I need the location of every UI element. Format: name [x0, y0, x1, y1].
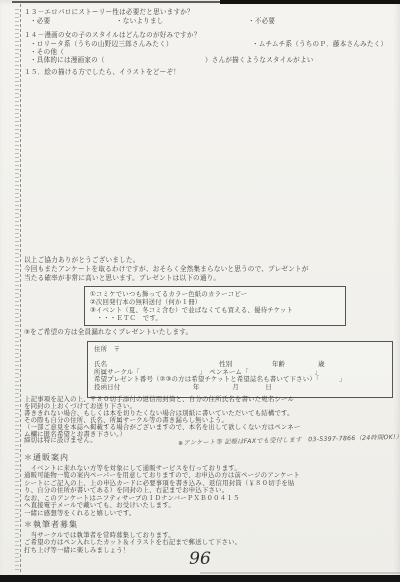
- entry-form-box: 住所 〒 氏名 性別 年齢 歳 所属サークル「 」 ペンネーム「 」 希望プレゼ…: [87, 341, 393, 398]
- prize-item-1: ①コミケでいつも飾ってるカラー色紙のカラーコピー: [90, 290, 340, 298]
- mail-order-body: イベントに来れない方等を対象にして通販サービスを行っております。 通販可能物一覧…: [24, 465, 392, 518]
- prize-item-etc: ・・・ＥＴＣ です。: [90, 314, 340, 322]
- question-15: １５．絵の描ける方でしたら、イラストをどーぞ！: [24, 68, 324, 77]
- recruit-heading: ＊執筆者募集: [24, 521, 392, 530]
- question-14: １４－漫画の女の子のスタイルはどんなのが好みですか？ ・ロリータ系（うちの山野辺…: [24, 31, 396, 65]
- option-fuhitsuyou: ・不必要: [248, 17, 275, 26]
- closing-line: 当たる確率が非常に高いと思います。プレゼントは以下の通り。: [24, 274, 386, 283]
- scanned-page: １３－エロパロにストーリー性は必要だと思いますか？ ・必要 ・ないよりまし ・不…: [0, 0, 400, 582]
- form-address-line: 住所 〒: [94, 346, 386, 354]
- question-13: １３－エロパロにストーリー性は必要だと思いますか？ ・必要 ・ないよりまし ・不…: [24, 8, 384, 26]
- question-14-style-options: ・ロリータ系（うちの山野辺三郎さんみたく） ・ムチムチ系（うちのＰ．藤本さんみた…: [24, 40, 396, 48]
- option-hitsuyou: ・必要: [30, 17, 50, 26]
- scan-smudge: [200, 572, 400, 574]
- page-number: 96: [0, 549, 400, 569]
- prize-list-box: ①コミケでいつも飾ってるカラー色紙のカラーコピー ②次回発行本の無料送付（何か１…: [84, 286, 346, 326]
- mail-order-section: ＊通販案内 イベントに来れない方等を対象にして通販サービスを行っております。 通…: [24, 454, 392, 517]
- perforation-ticks: [15, 6, 19, 570]
- perforation-line: [20, 4, 21, 572]
- mail-order-heading: ＊通販案内: [24, 454, 392, 463]
- question-15-label: １５．絵の描ける方でしたら、イラストをどーぞ！: [24, 68, 324, 77]
- prize-note: ③をご希望の方は全員漏れなくプレゼントいたします。: [24, 328, 324, 337]
- mail-order-line: 一緒に感想等をくれると嬉しいです。: [24, 510, 392, 518]
- option-specific-suffix: ）さんが描くようなスタイルがよい: [205, 56, 314, 65]
- scan-edge-bottom: [0, 575, 400, 582]
- option-naiyorimashi: ・ないよりまし: [116, 17, 164, 26]
- closing-line: 以上ご協力ありがとうございました。: [24, 256, 386, 265]
- prize-item-3: ③イベント（夏、冬コミ含む）で並ばなくても買える、優待チケット: [90, 306, 340, 314]
- question-14-label: １４－漫画の女の子のスタイルはどんなのが好みですか？: [24, 31, 396, 40]
- closing-paragraph: 以上ご協力ありがとうございました。 今回もまたアンケートを取るわけですが、おそら…: [24, 256, 386, 282]
- question-14-specific-option: ・具体的には漫画家の（ ）さんが描くようなスタイルがよい: [24, 56, 396, 64]
- closing-line: 今回もまたアンケートを取るわけですが、おそらく全然集まらないと思うので、プレゼン…: [24, 265, 386, 274]
- option-lolita: ・ロリータ系（うちの山野辺三郎さんみたく）: [30, 40, 173, 49]
- option-muchimuchi: ・ムチムチ系（うちのＰ．藤本さんみたく）: [252, 40, 387, 49]
- form-date-line: 投函日付 年 月 日: [94, 384, 386, 392]
- prize-item-2: ②次回発行本の無料送付（何か１冊）: [90, 298, 340, 306]
- question-13-label: １３－エロパロにストーリー性は必要だと思いますか？: [24, 8, 384, 17]
- scan-edge-top-right: [220, 0, 400, 4]
- question-13-options: ・必要 ・ないよりまし ・不必要: [24, 17, 384, 26]
- option-specific-prefix: ・具体的には漫画家の（: [30, 56, 105, 65]
